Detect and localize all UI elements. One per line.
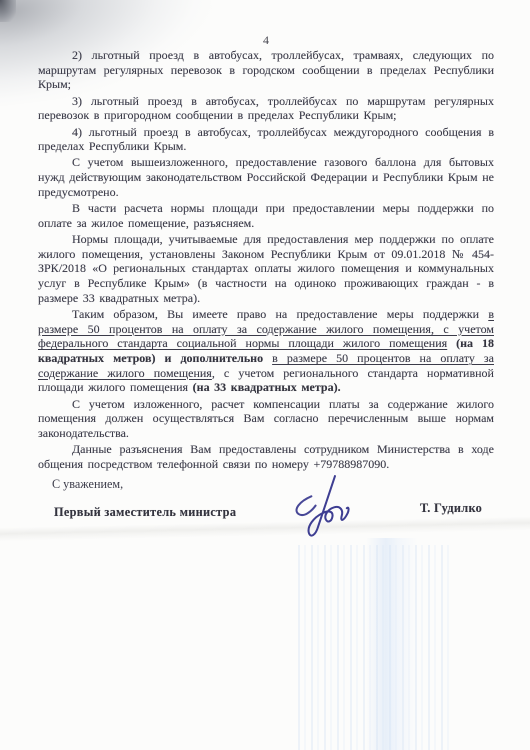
signer-title: Первый заместитель министра [54,505,236,520]
paragraph-transport-intercity: 4) льготный проезд в автобусах, троллейб… [38,125,494,154]
paragraph-area-norm-intro: В части расчета нормы площади при предос… [38,201,494,230]
signature-icon [286,471,362,547]
letter-body: 2) льготный проезд в автобусах, троллейб… [38,48,494,473]
paragraph-transport-city: 2) льготный проезд в автобусах, троллейб… [38,48,494,92]
text-segment: Таким образом, Вы имеете право на предос… [72,307,488,321]
paragraph-area-norm-law: Нормы площади, учитываемые для предостав… [38,232,494,306]
scan-streaks-artifact [298,545,450,750]
paragraph-compensation-calc: С учетом изложенного, расчет компенсации… [38,397,494,441]
paragraph-phone-clarification: Данные разъяснения Вам предоставлены сот… [38,442,494,471]
text-segment-bold: (на 33 квадратных метра). [193,380,341,394]
closing-salutation: С уважением, [52,477,123,492]
paragraph-transport-suburban: 3) льготный проезд в автобусах, троллейб… [38,94,494,123]
signature-block: Первый заместитель министра Т. Гудилко [38,503,494,573]
paragraph-gas-cylinder: С учетом вышеизложенного, предоставление… [38,155,494,199]
page-number: 4 [38,33,494,48]
scan-corner-blob-artifact [0,0,16,22]
paragraph-support-right: Таким образом, Вы имеете право на предос… [38,307,494,395]
scanned-letter-page: 4 2) льготный проезд в автобусах, тролле… [0,0,530,750]
signer-name: Т. Гудилко [420,501,482,516]
